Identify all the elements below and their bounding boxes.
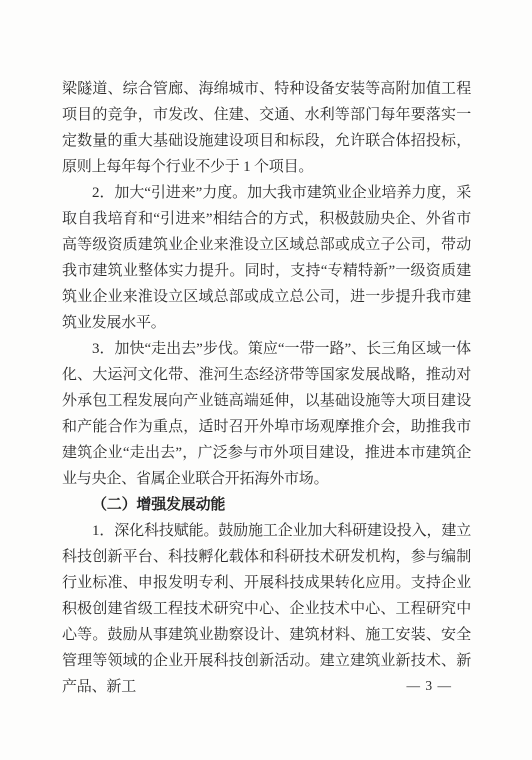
body-paragraph-item-2: 2．加大“引进来”力度。加大我市建筑业企业培养力度，采取自我培育和“引进来”相结… [62,180,471,336]
section-heading: （二）增强发展动能 [62,492,471,518]
document-body: 梁隧道、综合管廊、海绵城市、特种设备安装等高附加值工程项目的竞争，市发改、住建、… [62,76,471,700]
body-paragraph-continuation: 梁隧道、综合管廊、海绵城市、特种设备安装等高附加值工程项目的竞争，市发改、住建、… [62,76,471,180]
document-page: 梁隧道、综合管廊、海绵城市、特种设备安装等高附加值工程项目的竞争，市发改、住建、… [0,0,532,760]
body-paragraph-item-1: 1．深化科技赋能。鼓励施工企业加大科研建设投入，建立科技创新平台、科技孵化载体和… [62,518,471,700]
body-paragraph-item-3: 3．加快“走出去”步伐。策应“一带一路”、长三角区域一体化、大运河文化带、淮河生… [62,336,471,492]
page-number: — 3 — [407,678,453,694]
